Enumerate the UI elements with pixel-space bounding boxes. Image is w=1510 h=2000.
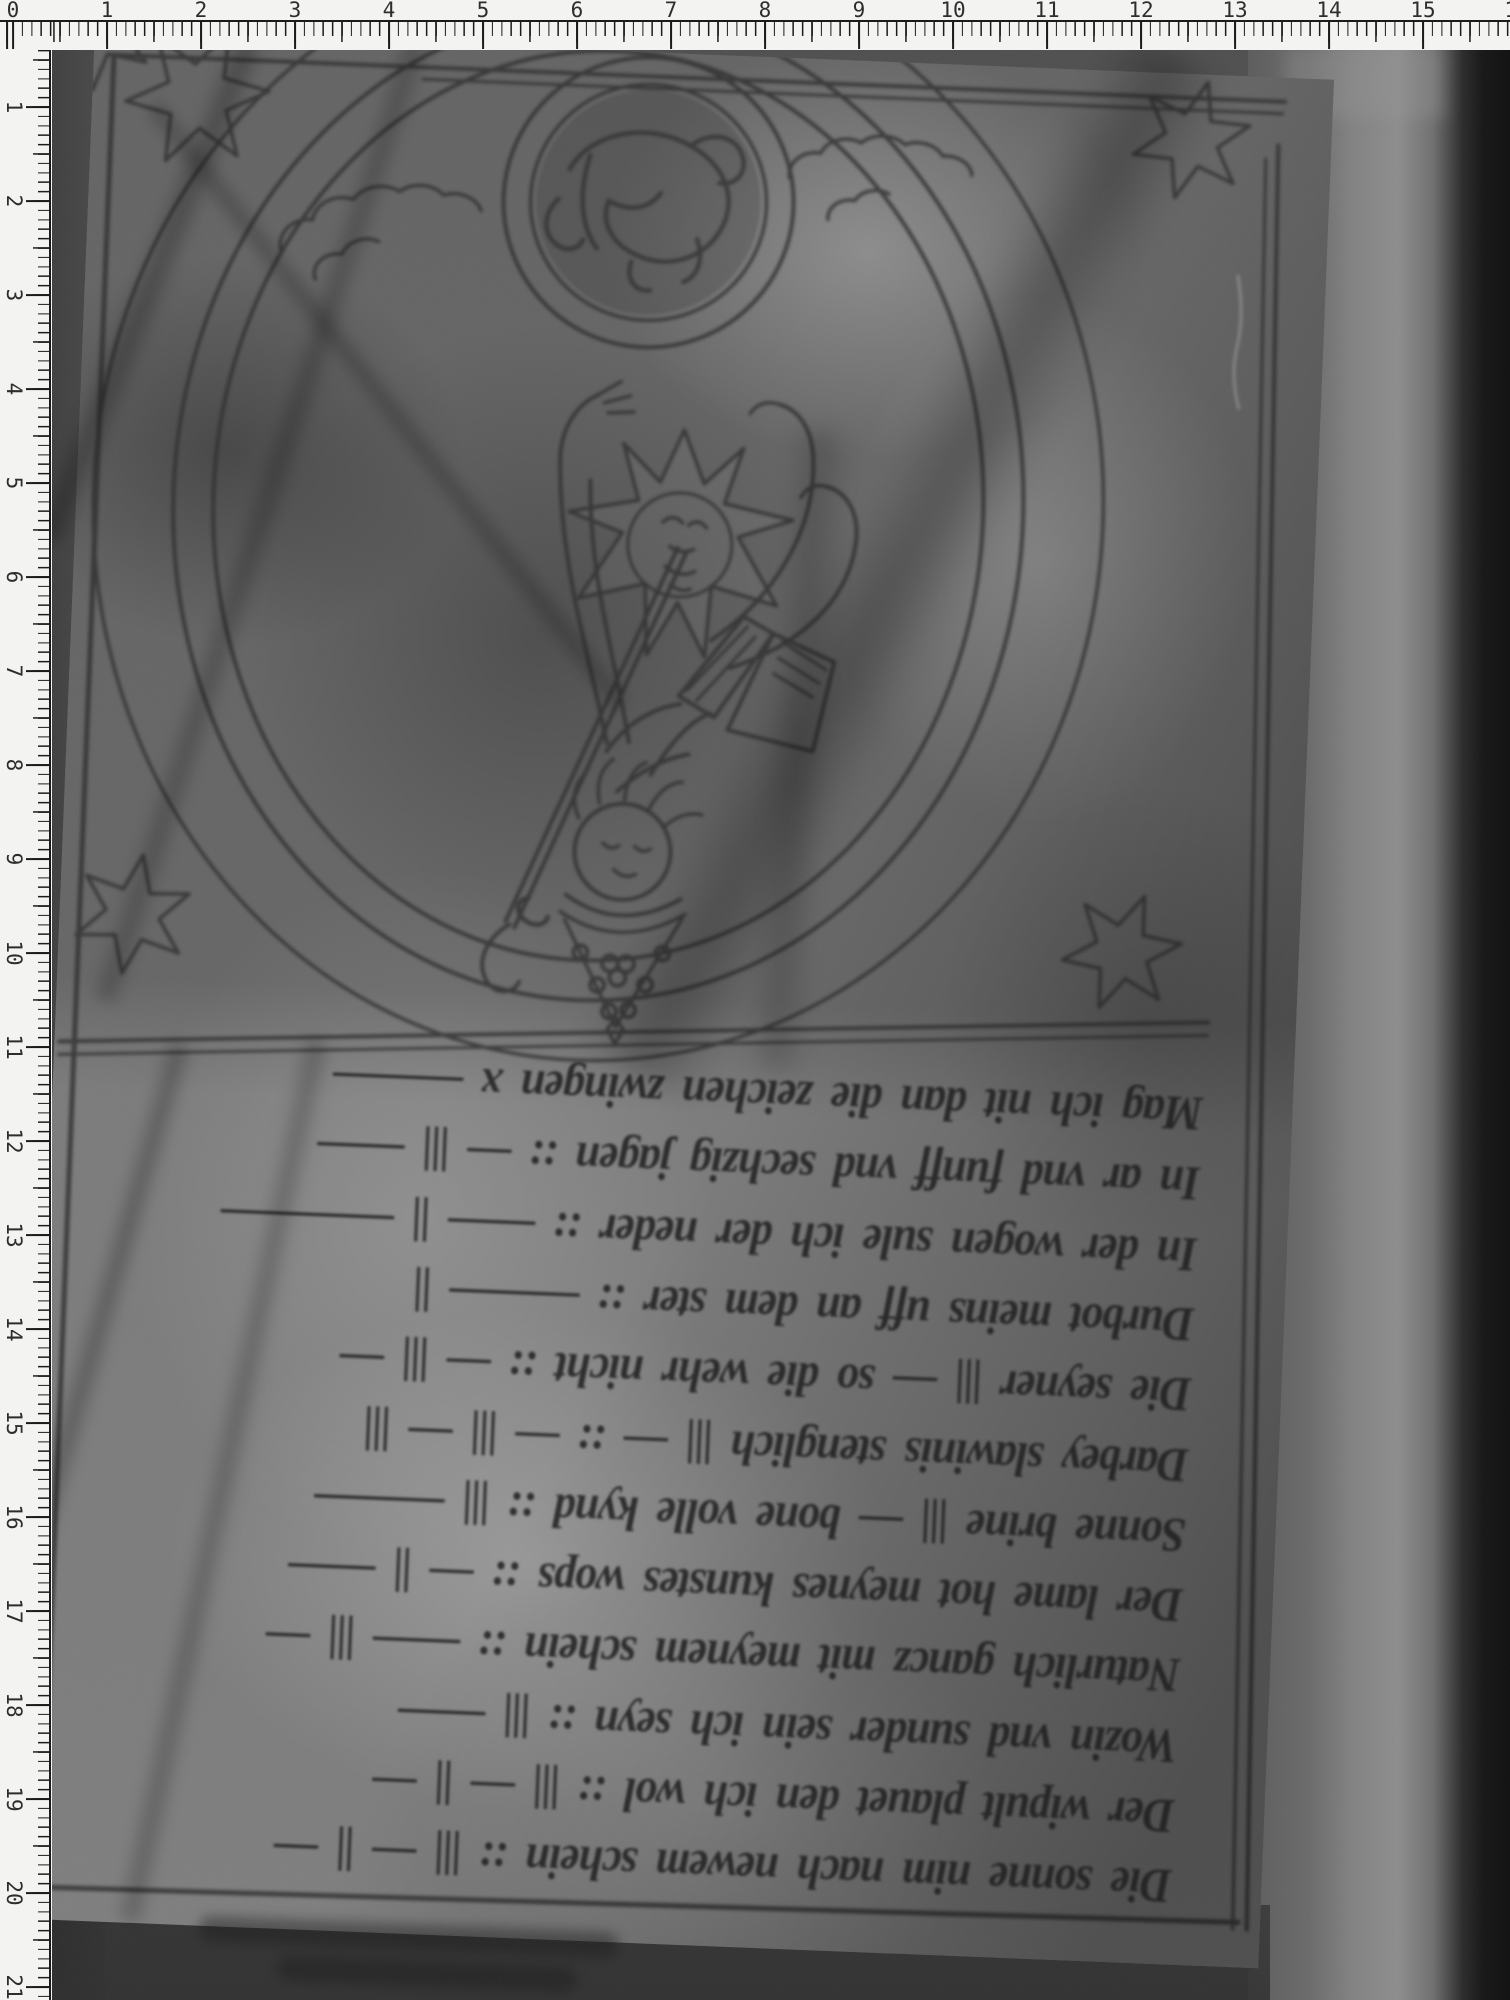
- ruler-top-number: 4: [383, 0, 396, 22]
- ruler-left-number: 16: [2, 1504, 26, 1529]
- ruler-top-number: 15: [1410, 0, 1435, 22]
- ruler-left-number: 18: [2, 1692, 26, 1717]
- ruler-top-cm-ticks: [0, 22, 1510, 49]
- ruler-left-bar: [49, 0, 51, 2000]
- ruler-left-number: 13: [2, 1222, 26, 1247]
- ruler-left-number: 3: [2, 289, 26, 302]
- ruler-top-number: 0: [7, 0, 20, 22]
- ruler-top-number: 11: [1034, 0, 1059, 22]
- ruler-top-number: 2: [195, 0, 208, 22]
- ruler-top-number: 3: [289, 0, 302, 22]
- ruler-left-number: 19: [2, 1786, 26, 1811]
- ruler-top-number: 6: [571, 0, 584, 22]
- ruler-left-number: 10: [2, 940, 26, 965]
- ruler-top: 012345678910111213141516: [0, 0, 1510, 50]
- ruler-top-number: 14: [1316, 0, 1341, 22]
- transmitted-light-photograph: Mag ich nit dan die zeichen zwingen x ——…: [0, 0, 1510, 2000]
- ruler-top-number: 13: [1222, 0, 1247, 22]
- ruler-left-cm-ticks: [26, 0, 50, 2000]
- ruler-left-number: 4: [2, 383, 26, 396]
- ruler-left-number: 20: [2, 1880, 26, 1905]
- ruler-left-number: 1: [2, 101, 26, 114]
- ruler-left-number: 11: [2, 1034, 26, 1059]
- ruler-left-number: 8: [2, 759, 26, 772]
- ruler-left-number: 2: [2, 195, 26, 208]
- ruler-top-bar: [0, 20, 1510, 22]
- ruler-left-number: 5: [2, 477, 26, 490]
- ruler-left-number: 7: [2, 665, 26, 678]
- ruler-top-number: 1: [101, 0, 114, 22]
- ruler-top-number: 7: [665, 0, 678, 22]
- ruler-top-number: 5: [477, 0, 490, 22]
- ruler-left-number: 9: [2, 853, 26, 866]
- ruler-top-number: 8: [759, 0, 772, 22]
- ruler-left-number: 17: [2, 1598, 26, 1623]
- ruler-left-number: 12: [2, 1128, 26, 1153]
- ruler-top-number: 16: [1504, 0, 1510, 22]
- ruler-top-number: 12: [1128, 0, 1153, 22]
- ruler-left: 123456789101112131415161718192021: [0, 0, 52, 2000]
- ruler-left-number: 14: [2, 1316, 26, 1341]
- ruler-top-number: 10: [940, 0, 965, 22]
- ruler-top-number: 9: [853, 0, 866, 22]
- ruler-left-number: 15: [2, 1410, 26, 1435]
- ruler-left-number: 6: [2, 571, 26, 584]
- manuscript-photo-viewer: Mag ich nit dan die zeichen zwingen x ——…: [0, 0, 1510, 2000]
- ruler-left-number: 21: [2, 1974, 26, 1999]
